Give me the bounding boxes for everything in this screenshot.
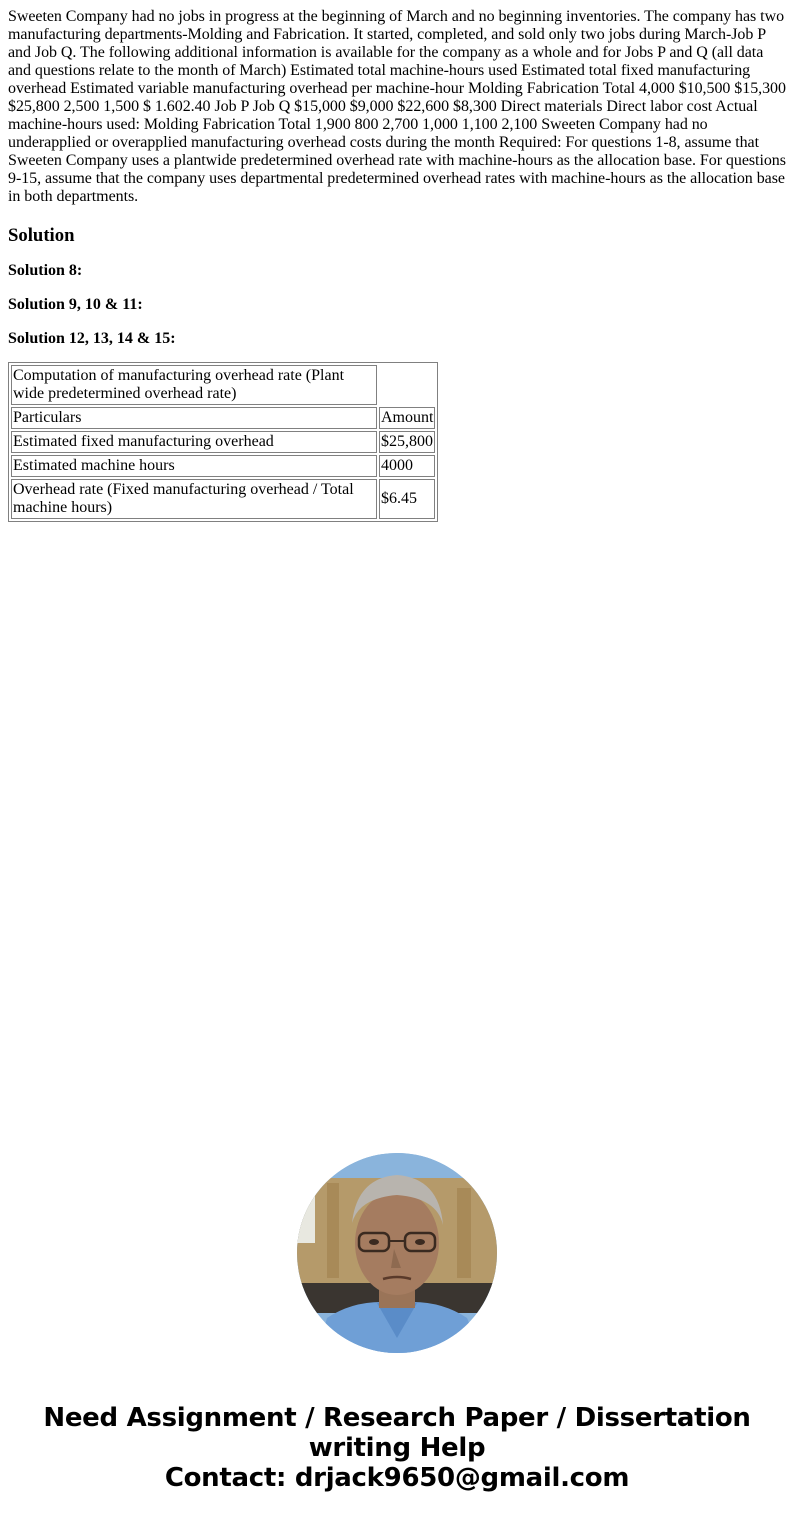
row-label: Estimated machine hours xyxy=(11,455,377,477)
solution-heading: Solution xyxy=(8,225,786,246)
row-label: Estimated fixed manufacturing overhead xyxy=(11,431,377,453)
table-title-row: Computation of manufacturing overhead ra… xyxy=(11,365,435,405)
overhead-rate-table: Computation of manufacturing overhead ra… xyxy=(8,362,438,522)
promo-banner: Need Assignment / Research Paper / Disse… xyxy=(0,1403,794,1493)
header-particulars: Particulars xyxy=(11,407,377,429)
row-value: $25,800 xyxy=(379,431,435,453)
portrait-icon xyxy=(297,1153,497,1353)
row-value: 4000 xyxy=(379,455,435,477)
document-body: Sweeten Company had no jobs in progress … xyxy=(0,0,794,522)
promo-line-2: writing Help xyxy=(0,1433,794,1463)
row-value: $6.45 xyxy=(379,479,435,519)
solution-12-15-heading: Solution 12, 13, 14 & 15: xyxy=(8,330,786,348)
table-row: Overhead rate (Fixed manufacturing overh… xyxy=(11,479,435,519)
table-title-blank xyxy=(379,365,435,405)
question-text: Sweeten Company had no jobs in progress … xyxy=(8,8,786,206)
promo-line-1: Need Assignment / Research Paper / Disse… xyxy=(0,1403,794,1433)
solution-8-heading: Solution 8: xyxy=(8,262,786,280)
solution-9-11-heading: Solution 9, 10 & 11: xyxy=(8,296,786,314)
promo-contact: Contact: drjack9650@gmail.com xyxy=(0,1463,794,1493)
table-row: Estimated fixed manufacturing overhead $… xyxy=(11,431,435,453)
table-row: Estimated machine hours 4000 xyxy=(11,455,435,477)
table-header-row: Particulars Amount xyxy=(11,407,435,429)
row-label: Overhead rate (Fixed manufacturing overh… xyxy=(11,479,377,519)
header-amount: Amount xyxy=(379,407,435,429)
author-avatar xyxy=(297,1153,497,1353)
table-title: Computation of manufacturing overhead ra… xyxy=(11,365,377,405)
